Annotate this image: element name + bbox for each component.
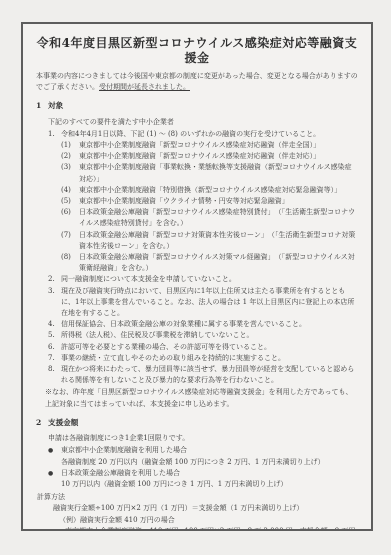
section-1-lead: 下記のすべての要件を満たす中小企業者 [48,117,358,128]
loan-number: (6) [61,207,79,229]
intro-text: 本事業の内容につきましては今後国や東京都の制度に変更があった場合、変更となる場合… [36,72,358,91]
loan-text: 東京都中小企業制度融資「特別借換（新型コロナウイルス感染症対応緊急融資等）」 [79,185,358,196]
loan-item-2: (2)東京都中小企業制度融資「新型コロナウイルス感染症対応融資（伴走対応）」 [61,151,358,162]
loan-item-8: (8)日本政策金融公庫融資「新型コロナウイルス対策マル経融資」 （「新型コロナウ… [61,252,358,274]
section-1-label: 対象 [48,101,63,110]
bullet-icon: ● [48,468,61,479]
loan-text: 日本政策金融公庫融資「新型コロナウイルス対策マル経融資」 （「新型コロナウイルス… [79,252,358,274]
requirement-text: 令和4年4月1日以降、下記 (1) ～ (8) のいずれかの融資の実行を受けてい… [61,129,358,140]
support-bullet-title: 東京都中小企業制度融資を利用した場合 [61,445,358,456]
loan-item-4: (4)東京都中小企業制度融資「特別借換（新型コロナウイルス感染症対応緊急融資等）… [61,185,358,196]
loan-number: (1) [61,140,79,151]
requirement-text: 現在かつ将来にわたって、暴力団員等に該当せず、暴力団員等が経営を支配していると認… [61,364,358,386]
loan-text: 東京都中小企業制度融資「ウクライナ情勢・円安等対応緊急融資」 [79,196,358,207]
loan-text: 東京都中小企業制度融資「事業転換・業態転換等支援融資（新型コロナウイルス感染症対… [79,162,358,184]
requirement-number: 8. [48,364,61,386]
note-text: ※なお、昨年度「目黒区新型コロナウイルス感染症対応等融資支援金」を利用した方であ… [45,387,358,409]
support-bullet-1: ● 東京都中小企業制度融資を利用した場合 [48,445,358,456]
support-bullet-2: ● 日本政策金融公庫融資を利用した場合 [48,468,358,479]
requirement-number: 4. [48,319,61,330]
loan-number: (5) [61,196,79,207]
section-2-label: 支援金額 [48,418,78,427]
calc-example-tokyo: 東京都中小企業制度融資：410 万円÷100 万円×2 万円＝8 万 2,000… [65,526,358,531]
requirement-item-4: 4.信用保証協会、日本政策金融公庫の対象業種に属する事業を営んでいること。 [48,319,358,330]
section-1-number: 1 [36,100,48,111]
requirement-number: 2. [48,274,61,285]
requirement-item-7: 7.事業の継続・立て直しやそのための取り組みを持続的に実施すること。 [48,353,358,364]
requirement-item-5: 5.所得税（法人税）、住民税及び事業税を滞納していないこと。 [48,330,358,341]
requirement-text: 現在及び融資実行時点において、目黒区内に1年以上住所又は主たる事業所を有するとと… [61,286,358,320]
document-frame: 令和4年度目黒区新型コロナウイルス感染症対応等融資支援金 本事業の内容につきまし… [21,22,373,531]
loan-number: (3) [61,162,79,184]
support-bullet-detail: 各融資制度 20 万円以内（融資金額 100 万円につき 2 万円、1 万円未満… [61,457,358,468]
loan-number: (4) [61,185,79,196]
support-bullet-title: 日本政策金融公庫融資を利用した場合 [61,468,358,479]
calc-method-label: 計算方法 [37,492,358,503]
section-2-lead: 申請は各融資制度につき1企業1回限りです。 [48,433,358,444]
loan-number: (8) [61,252,79,274]
section-1-heading: 1対象 [36,100,358,111]
requirement-text: 信用保証協会、日本政策金融公庫の対象業種に属する事業を営んでいること。 [61,319,358,330]
requirement-number: 1. [48,129,61,140]
requirement-number: 3. [48,286,61,320]
requirement-number: 7. [48,353,61,364]
support-bullet-detail: 10 万円以内（融資金額 100 万円につき 1 万円、1 万円未満切り上げ） [61,479,358,490]
bullet-icon: ● [48,445,61,456]
requirement-item-3: 3.現在及び融資実行時点において、目黒区内に1年以上住所又は主たる事業所を有する… [48,286,358,320]
loan-item-1: (1)東京都中小企業制度融資「新型コロナウイルス感染症対応融資（伴走全国）」 [61,140,358,151]
section-2-number: 2 [36,417,48,428]
requirement-text: 事業の継続・立て直しやそのための取り組みを持続的に実施すること。 [61,353,358,364]
intro-underlined-text: 受付期間が延長されました。 [99,83,190,91]
section-2-heading: 2支援金額 [36,417,358,428]
requirement-item-1: 1. 令和4年4月1日以降、下記 (1) ～ (8) のいずれかの融資の実行を受… [48,129,358,140]
requirement-number: 5. [48,330,61,341]
loan-item-6: (6)日本政策金融公庫融資「新型コロナウイルス感染症特別貸付」 （「生活衛生新型… [61,207,358,229]
loan-text: 東京都中小企業制度融資「新型コロナウイルス感染症対応融資（伴走対応）」 [79,151,358,162]
calc-formula: 融資実行金額÷100 万円×2 万円（1 万円）＝支援金額（1 万円未満切り上げ… [53,503,358,514]
loan-item-3: (3)東京都中小企業制度融資「事業転換・業態転換等支援融資（新型コロナウイルス感… [61,162,358,184]
requirement-number: 6. [48,342,61,353]
loan-number: (7) [61,230,79,252]
requirement-item-6: 6.許認可等を必要とする業種の場合、その許認可等を得ていること。 [48,342,358,353]
intro-paragraph: 本事業の内容につきましては今後国や東京都の制度に変更があった場合、変更となる場合… [36,71,358,93]
loan-sublist: (1)東京都中小企業制度融資「新型コロナウイルス感染症対応融資（伴走全国）」 (… [61,140,358,274]
document-page: 令和4年度目黒区新型コロナウイルス感染症対応等融資支援金 本事業の内容につきまし… [0,0,391,555]
loan-item-7: (7)日本政策金融公庫融資「新型コロナ対策資本性劣後ローン」 （「生活衛生新型コ… [61,230,358,252]
requirement-item-8: 8.現在かつ将来にわたって、暴力団員等に該当せず、暴力団員等が経営を支配している… [48,364,358,386]
calc-example-label: （例）融資実行金額 410 万円の場合 [59,515,358,526]
requirement-item-2: 2.同一融資制度について本支援金を申請していないこと。 [48,274,358,285]
loan-text: 東京都中小企業制度融資「新型コロナウイルス感染症対応融資（伴走全国）」 [79,140,358,151]
requirement-text: 許認可等を必要とする業種の場合、その許認可等を得ていること。 [61,342,358,353]
loan-text: 日本政策金融公庫融資「新型コロナウイルス感染症特別貸付」 （「生活衛生新型コロナ… [79,207,358,229]
requirement-text: 同一融資制度について本支援金を申請していないこと。 [61,274,358,285]
loan-text: 日本政策金融公庫融資「新型コロナ対策資本性劣後ローン」 （「生活衛生新型コロナ対… [79,230,358,252]
requirement-text: 所得税（法人税）、住民税及び事業税を滞納していないこと。 [61,330,358,341]
loan-item-5: (5)東京都中小企業制度融資「ウクライナ情勢・円安等対応緊急融資」 [61,196,358,207]
document-title: 令和4年度目黒区新型コロナウイルス感染症対応等融資支援金 [36,36,358,66]
loan-number: (2) [61,151,79,162]
